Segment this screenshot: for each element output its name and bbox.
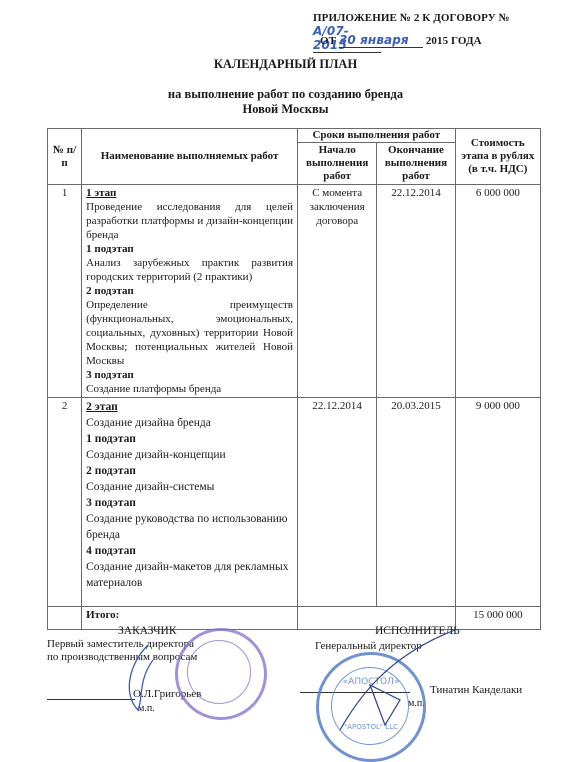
row-description: 2 этап Создание дизайна бренда 1 подэтап… — [82, 398, 298, 607]
row-cost: 9 000 000 — [455, 398, 540, 607]
contractor-signature-icon — [330, 625, 460, 735]
row-start: С момента заключения договора — [298, 185, 377, 398]
contract-date-line: ОТ 30 января 2015 ГОДА — [320, 33, 482, 48]
date-handwritten: 30 января — [339, 33, 423, 48]
year-label: 2015 ГОДА — [426, 35, 482, 47]
row-num: 2 — [48, 398, 82, 607]
document-title: КАЛЕНДАРНЫЙ ПЛАН — [0, 57, 571, 72]
substage-label: 3 подэтап — [86, 368, 293, 382]
stage-label: 1 этап — [86, 186, 293, 200]
row-cost: 6 000 000 — [455, 185, 540, 398]
total-value: 15 000 000 — [455, 607, 540, 630]
header-terms: Сроки выполнения работ — [298, 129, 456, 143]
substage-text: Анализ зарубежных практик развития город… — [86, 256, 293, 284]
header-start: Начало выполнения работ — [298, 143, 377, 185]
table-header-row: № п/п Наименование выполняемых работ Сро… — [48, 129, 541, 143]
row-end: 22.12.2014 — [377, 185, 455, 398]
document-subtitle-2: Новой Москвы — [0, 102, 571, 117]
calendar-plan-table: № п/п Наименование выполняемых работ Сро… — [47, 128, 541, 630]
header-name: Наименование выполняемых работ — [82, 129, 298, 185]
customer-role: ЗАКАЗЧИК — [118, 625, 177, 637]
header-cost: Стоимость этапа в рублях (в т.ч. НДС) — [455, 129, 540, 185]
substage-label: 1 подэтап — [86, 242, 293, 256]
substage-label: 3 подэтап — [86, 495, 293, 511]
substage-label: 1 подэтап — [86, 431, 293, 447]
substage-label: 4 подэтап — [86, 543, 293, 559]
substage-text: Создание платформы бренда — [86, 382, 293, 396]
substage-text: Создание дизайн-концепции — [86, 447, 293, 463]
row-num: 1 — [48, 185, 82, 398]
stage-description: Проведение исследования для целей разраб… — [86, 200, 293, 242]
row-start: 22.12.2014 — [298, 398, 377, 607]
header-num: № п/п — [48, 129, 82, 185]
substage-text: Создание дизайн-макетов для рекламных ма… — [86, 559, 293, 591]
document-subtitle-1: на выполнение работ по созданию бренда — [0, 87, 571, 102]
appendix-label: ПРИЛОЖЕНИЕ № 2 К ДОГОВОРУ № — [313, 12, 510, 24]
header-end: Окончание выполнения работ — [377, 143, 455, 185]
from-label: ОТ — [320, 35, 336, 47]
row-end: 20.03.2015 — [377, 398, 455, 607]
customer-stamp — [175, 628, 267, 720]
customer-signature-icon — [118, 640, 168, 715]
stage-description: Создание дизайна бренда — [86, 415, 293, 431]
total-label: Итого: — [82, 607, 298, 630]
substage-text: Определение преимуществ (функциональных,… — [86, 298, 293, 368]
stage-label: 2 этап — [86, 399, 293, 415]
table-row: 1 1 этап Проведение исследования для цел… — [48, 185, 541, 398]
substage-text: Создание дизайн-системы — [86, 479, 293, 495]
table-row: 2 2 этап Создание дизайна бренда 1 подэт… — [48, 398, 541, 607]
substage-text: Создание руководства по использованию бр… — [86, 511, 293, 543]
substage-label: 2 подэтап — [86, 284, 293, 298]
row-description: 1 этап Проведение исследования для целей… — [82, 185, 298, 398]
substage-label: 2 подэтап — [86, 463, 293, 479]
